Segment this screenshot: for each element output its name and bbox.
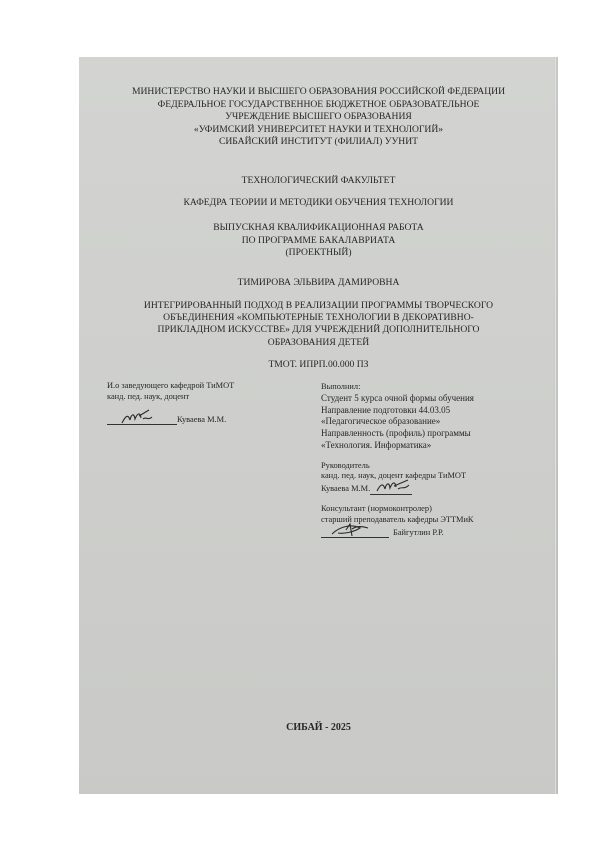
consultant-block: Консультант (нормоконтролер) старший пре… bbox=[321, 504, 551, 538]
header-line: СИБАЙСКИЙ ИНСТИТУТ (ФИЛИАЛ) УУНИТ bbox=[79, 136, 558, 149]
signature-icon bbox=[119, 407, 159, 427]
title-line: ПРИКЛАДНОМ ИСКУССТВЕ» ДЛЯ УЧРЕЖДЕНИЙ ДОП… bbox=[79, 324, 558, 336]
header-line: ФЕДЕРАЛЬНОЕ ГОСУДАРСТВЕННОЕ БЮДЖЕТНОЕ ОБ… bbox=[79, 99, 558, 112]
consultant-signature-row: Байгутлин Р.Р. bbox=[321, 525, 551, 538]
performed-by-line: «Технология. Информатика» bbox=[321, 440, 551, 452]
author-name: ТИМИРОВА ЭЛЬВИРА ДАМИРОВНА bbox=[79, 277, 558, 288]
sheet-edge bbox=[555, 57, 556, 794]
signature-icon bbox=[374, 476, 414, 496]
header-line: МИНИСТЕРСТВО НАУКИ И ВЫСШЕГО ОБРАЗОВАНИЯ… bbox=[79, 86, 558, 99]
supervisor-signature-row: Куваева М.М. bbox=[321, 482, 551, 495]
performed-by-line: Направление подготовки 44.03.05 bbox=[321, 405, 551, 417]
head-role: И.о заведующего кафедрой ТиМОТ bbox=[107, 381, 307, 392]
head-of-department-block: И.о заведующего кафедрой ТиМОТ канд. пед… bbox=[107, 381, 307, 425]
signature-icon bbox=[325, 520, 375, 540]
supervisor-block: Руководитель канд. пед. наук, доцент каф… bbox=[321, 461, 551, 495]
document-code: ТМОТ. ИПРП.00.000 ПЗ bbox=[79, 359, 558, 370]
title-line: ИНТЕГРИРОВАННЫЙ ПОДХОД В РЕАЛИЗАЦИИ ПРОГ… bbox=[79, 300, 558, 312]
supervisor-name: Куваева М.М. bbox=[321, 484, 370, 495]
consultant-name: Байгутлин Р.Р. bbox=[393, 528, 444, 539]
supervisor-degree: канд. пед. наук, доцент кафедры ТиМОТ bbox=[321, 471, 551, 482]
signature-line bbox=[321, 527, 389, 538]
performed-by-line: Студент 5 курса очной формы обучения bbox=[321, 393, 551, 405]
city-year: СИБАЙ - 2025 bbox=[79, 722, 558, 733]
head-signature-row: Куваева М.М. bbox=[107, 407, 307, 425]
work-type-line: ВЫПУСКНАЯ КВАЛИФИКАЦИОННАЯ РАБОТА bbox=[79, 222, 558, 235]
work-type-line: (ПРОЕКТНЫЙ) bbox=[79, 247, 558, 260]
head-degree: канд. пед. наук, доцент bbox=[107, 392, 307, 403]
title-line: ОБЪЕДИНЕНИЯ «КОМПЬЮТЕРНЫЕ ТЕХНОЛОГИИ В Д… bbox=[79, 312, 558, 324]
header-line: УЧРЕЖДЕНИЕ ВЫСШЕГО ОБРАЗОВАНИЯ bbox=[79, 111, 558, 124]
performed-by-line: Направленность (профиль) программы bbox=[321, 428, 551, 440]
signature-line bbox=[107, 410, 177, 425]
header-line: «УФИМСКИЙ УНИВЕРСИТЕТ НАУКИ И ТЕХНОЛОГИЙ… bbox=[79, 124, 558, 137]
performed-by-label: Выполнил: bbox=[321, 381, 551, 393]
title-line: ОБРАЗОВАНИЯ ДЕТЕЙ bbox=[79, 337, 558, 349]
faculty: ТЕХНОЛОГИЧЕСКИЙ ФАКУЛЬТЕТ bbox=[79, 175, 558, 186]
work-type-line: ПО ПРОГРАММЕ БАКАЛАВРИАТА bbox=[79, 235, 558, 248]
consultant-label: Консультант (нормоконтролер) bbox=[321, 504, 551, 515]
work-type: ВЫПУСКНАЯ КВАЛИФИКАЦИОННАЯ РАБОТА ПО ПРО… bbox=[79, 222, 558, 260]
department: КАФЕДРА ТЕОРИИ И МЕТОДИКИ ОБУЧЕНИЯ ТЕХНО… bbox=[79, 197, 558, 208]
institution-header: МИНИСТЕРСТВО НАУКИ И ВЫСШЕГО ОБРАЗОВАНИЯ… bbox=[79, 86, 558, 149]
signature-line bbox=[370, 484, 412, 495]
student-info-block: Выполнил: Студент 5 курса очной формы об… bbox=[321, 381, 551, 538]
supervisor-label: Руководитель bbox=[321, 461, 551, 472]
head-name: Куваева М.М. bbox=[177, 415, 226, 426]
performed-by-line: «Педагогическое образование» bbox=[321, 416, 551, 428]
thesis-title: ИНТЕГРИРОВАННЫЙ ПОДХОД В РЕАЛИЗАЦИИ ПРОГ… bbox=[79, 300, 558, 349]
